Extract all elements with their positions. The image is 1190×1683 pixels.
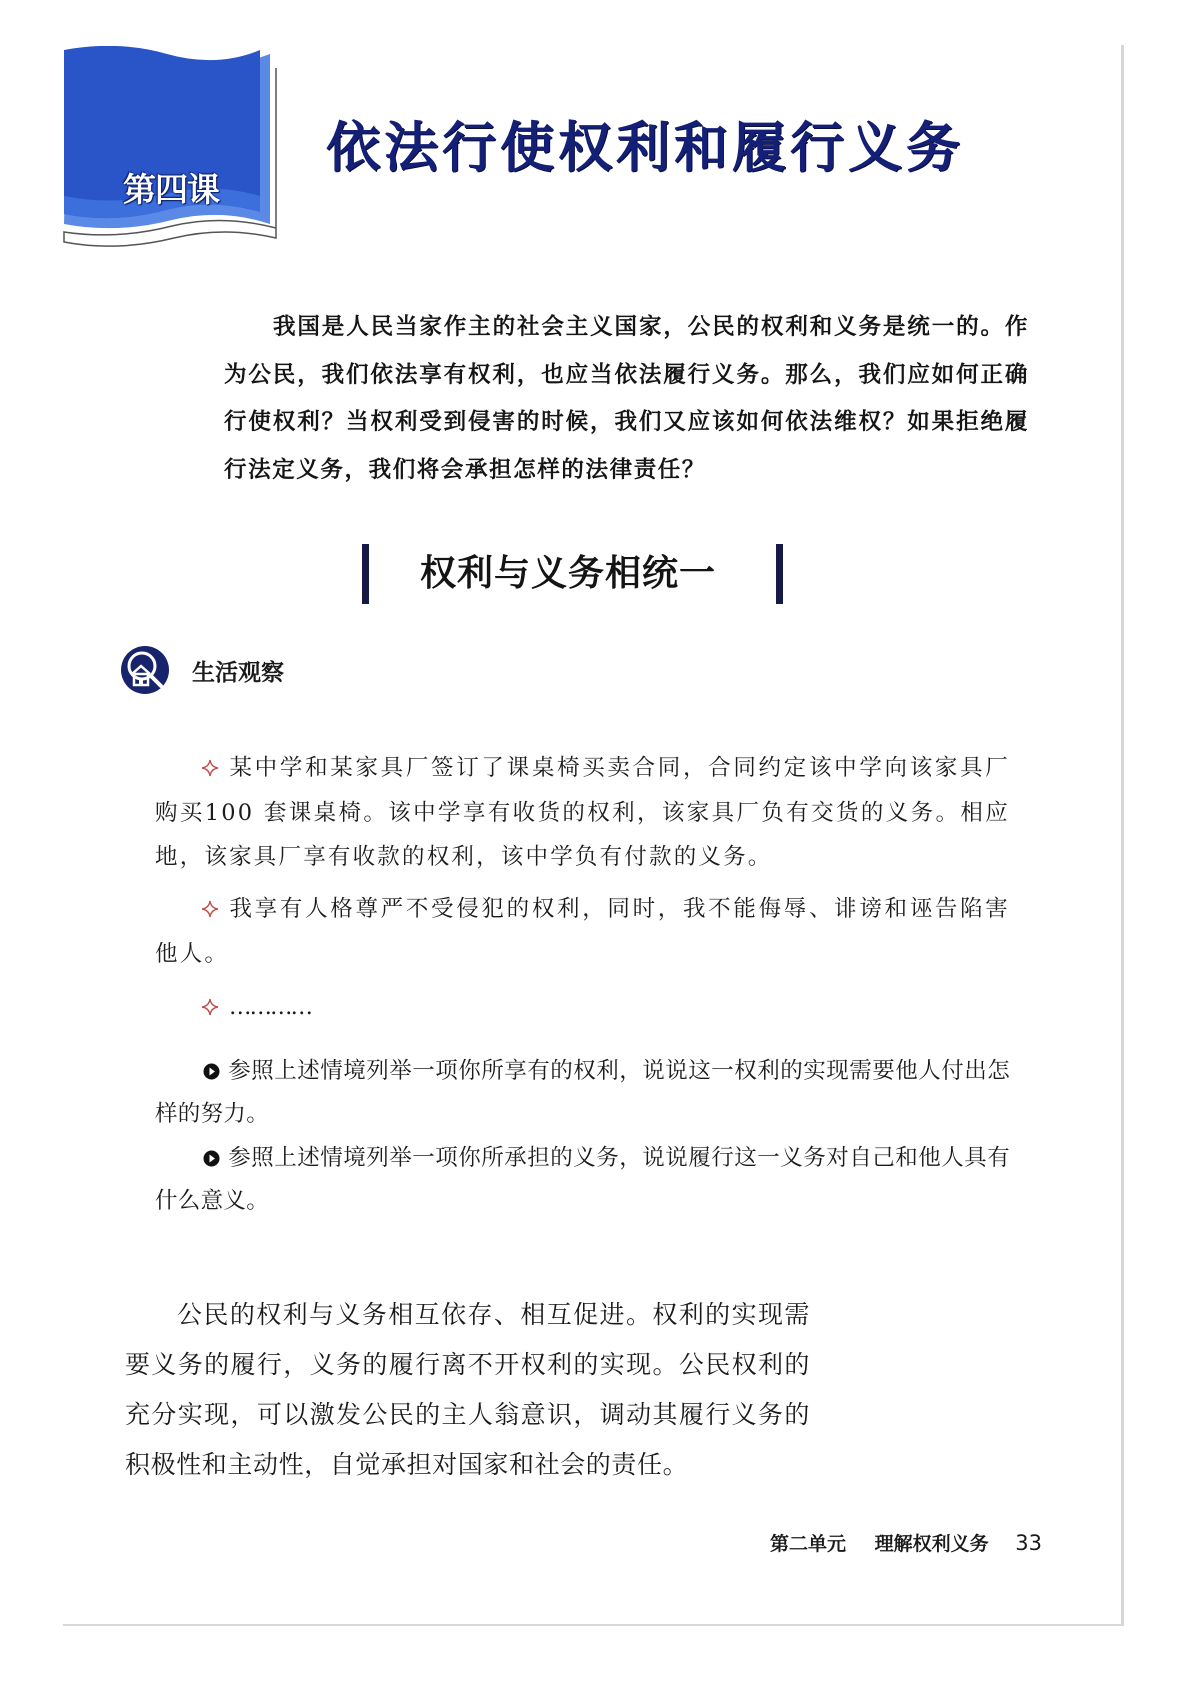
case-ellipsis: ………… [229, 994, 311, 1020]
lesson-banner: 第四课 [62, 46, 284, 256]
page-edge-right [1121, 45, 1124, 1626]
book-flag-icon [62, 46, 284, 256]
question-text: 参照上述情境列举一项你所承担的义务，说说履行这一义务对自己和他人具有什么意义。 [155, 1145, 1010, 1214]
page-footer: 第二单元 理解权利义务 33 [770, 1528, 1042, 1559]
conclusion-paragraph: 公民的权利与义务相互依存、相互促进。权利的实现需要义务的履行，义务的履行离不开权… [125, 1290, 810, 1490]
page-number: 33 [1015, 1528, 1042, 1558]
play-icon [203, 1150, 220, 1167]
page-edge-bottom [63, 1624, 1124, 1626]
case-item: 我享有人格尊严不受侵犯的权利，同时，我不能侮辱、诽谤和诬告陷害他人。 [155, 887, 1010, 976]
section-heading: 权利与义务相统一 [360, 540, 784, 612]
section-title: 权利与义务相统一 [420, 550, 720, 598]
case-text: 某中学和某家具厂签订了课桌椅买卖合同，合同约定该中学向该家具厂购买100 套课桌… [155, 755, 1010, 870]
life-observation-header: 生活观察 [120, 645, 284, 695]
question-item: 参照上述情境列举一项你所承担的义务，说说履行这一义务对自己和他人具有什么意义。 [155, 1137, 1010, 1223]
question-text: 参照上述情境列举一项你所享有的权利，说说这一权利的实现需要他人付出怎样的努力。 [155, 1058, 1010, 1127]
heading-bar-left [362, 544, 369, 604]
case-item: ………… [155, 985, 1010, 1030]
case-text: 我享有人格尊严不受侵犯的权利，同时，我不能侮辱、诽谤和诬告陷害他人。 [155, 896, 1010, 967]
lesson-title: 依法行使权利和履行义务 [326, 112, 964, 182]
intro-paragraph: 我国是人民当家作主的社会主义国家，公民的权利和义务是统一的。作为公民，我们依法享… [224, 304, 1029, 494]
footer-topic: 理解权利义务 [875, 1529, 989, 1559]
diamond-icon [201, 987, 219, 1005]
question-item: 参照上述情境列举一项你所享有的权利，说说这一权利的实现需要他人付出怎样的努力。 [155, 1050, 1010, 1136]
case-item: 某中学和某家具厂签订了课桌椅买卖合同，合同约定该中学向该家具厂购买100 套课桌… [155, 746, 1010, 880]
diamond-icon [201, 748, 219, 766]
lesson-number: 第四课 [62, 168, 280, 212]
heading-bar-right [776, 544, 783, 604]
house-magnifier-icon [120, 645, 170, 695]
diamond-icon [201, 889, 219, 907]
play-icon [203, 1063, 220, 1080]
life-observation-label: 生活观察 [192, 654, 284, 687]
footer-unit: 第二单元 [770, 1529, 846, 1559]
